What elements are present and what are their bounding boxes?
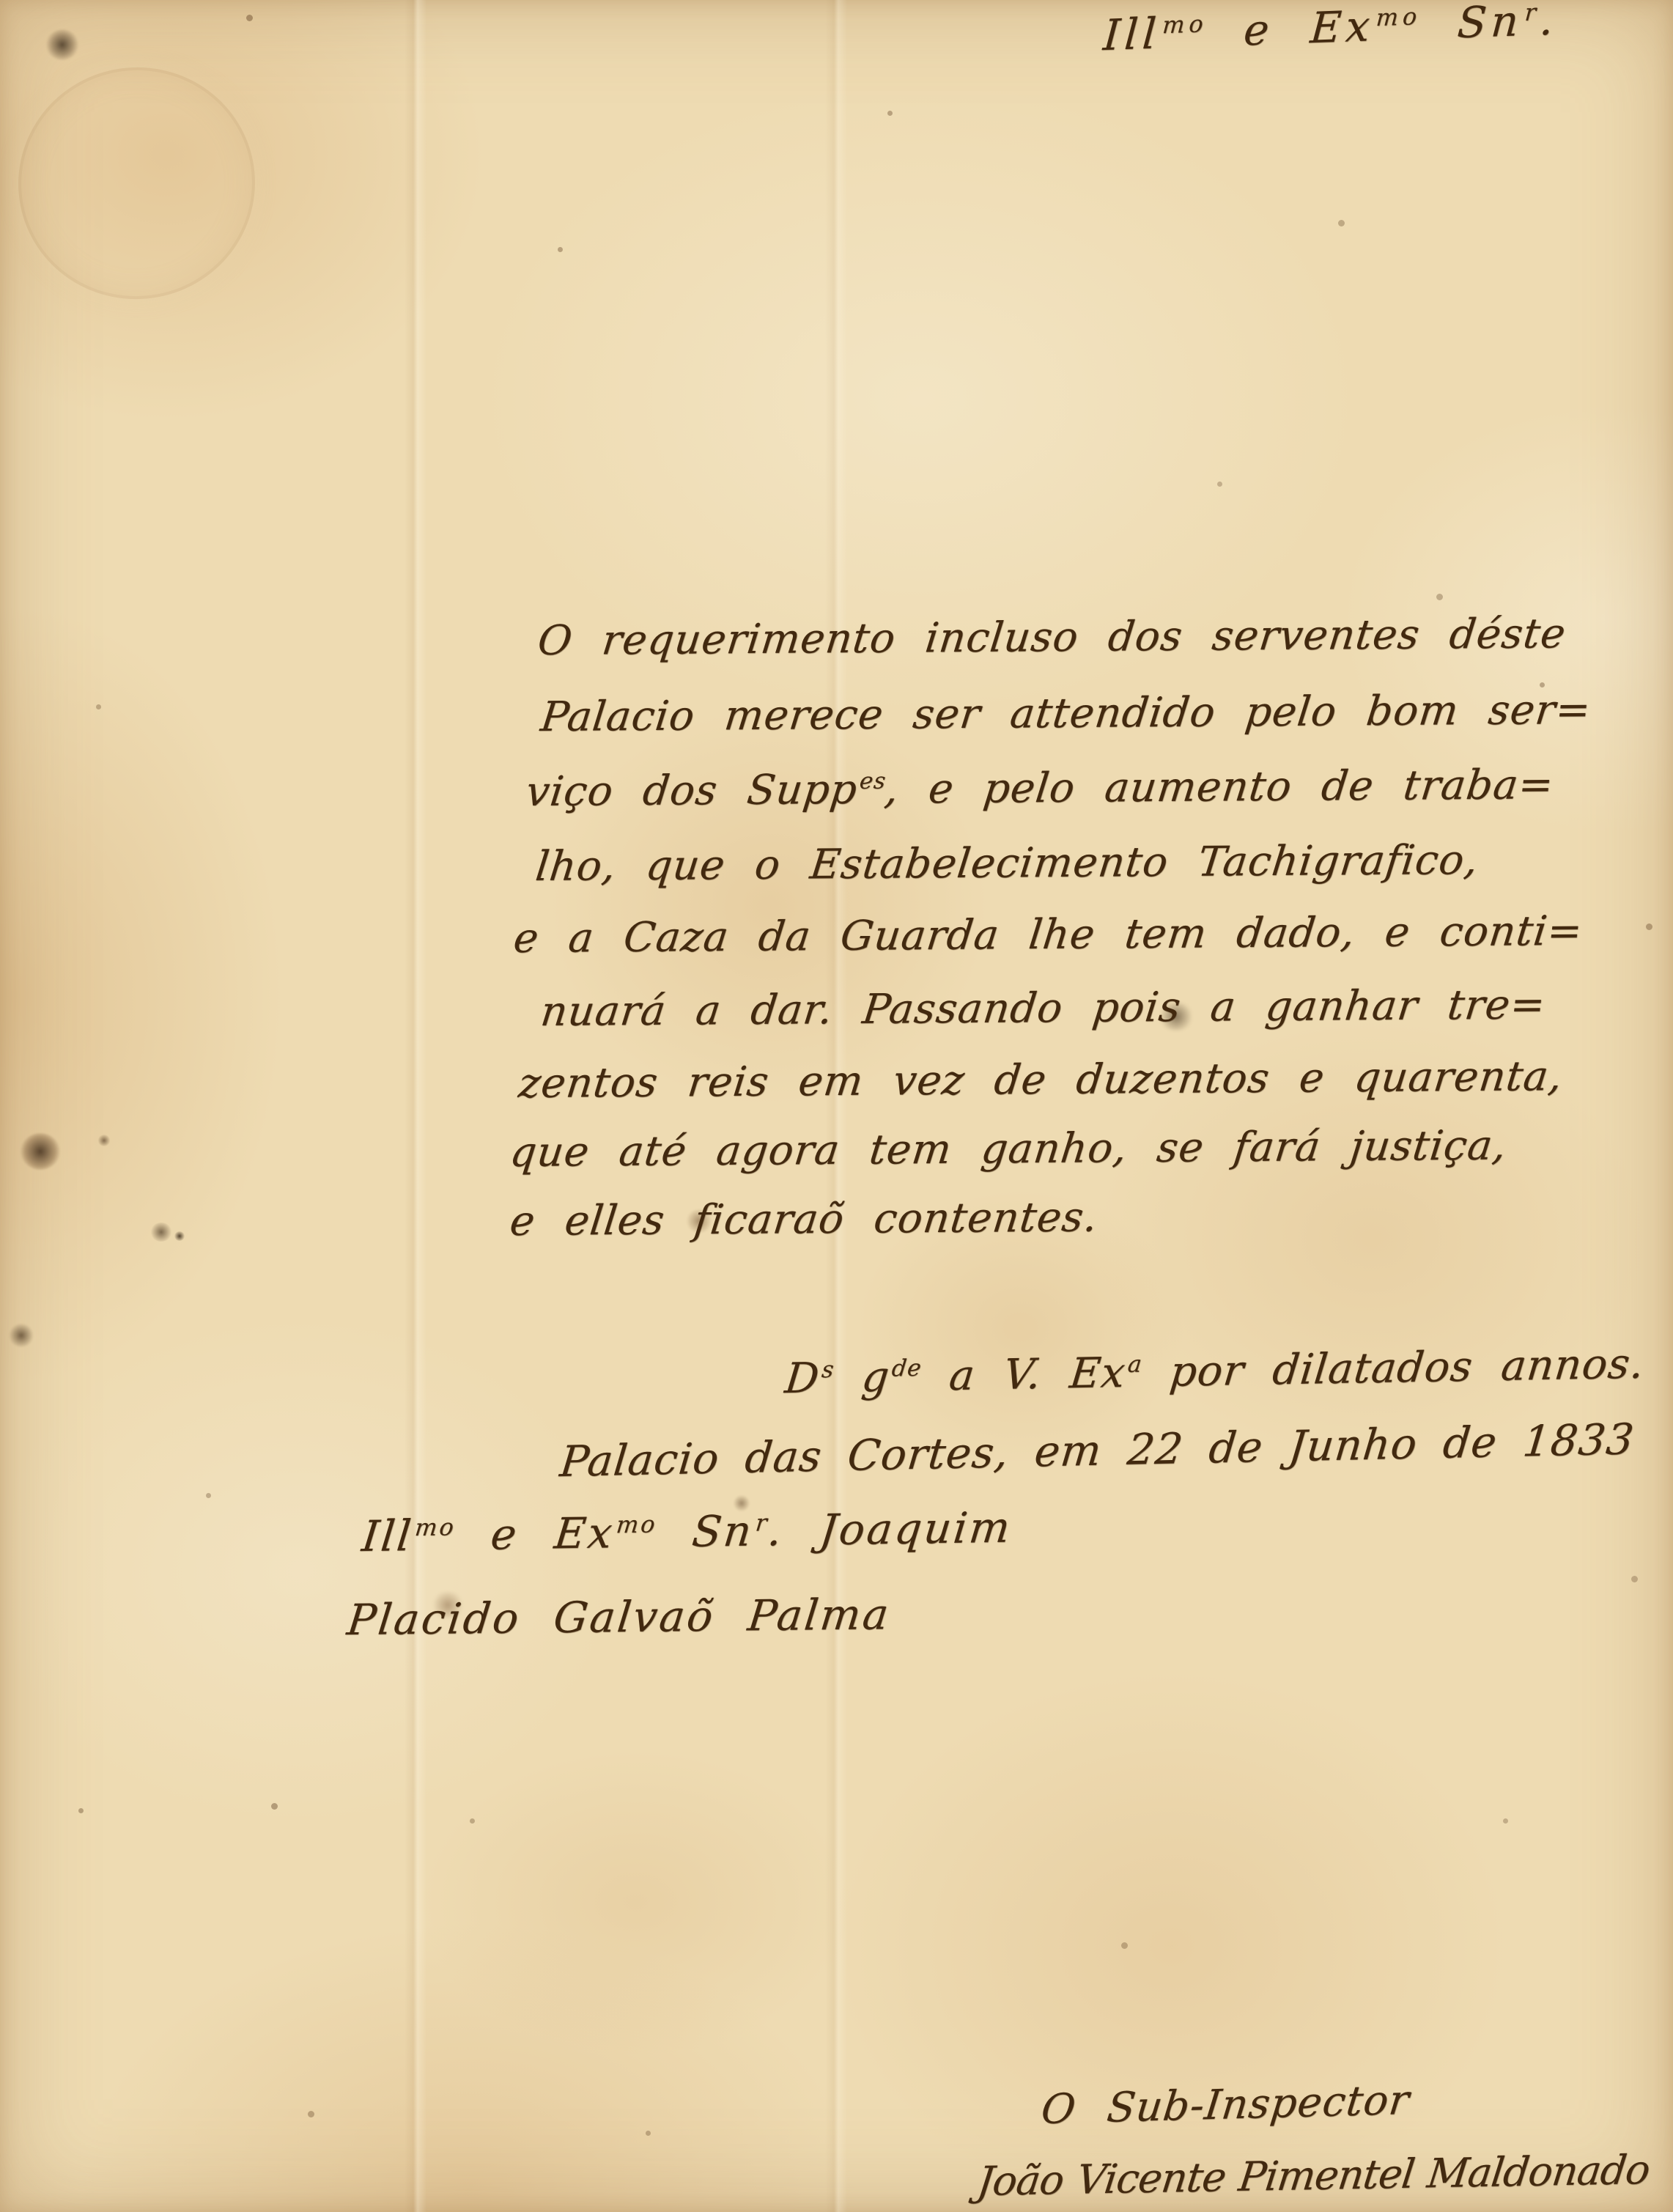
letter-valediction: Ds gde a V. Exa por dilatados annos. <box>783 1340 1647 1404</box>
body-line: que até agora tem ganho, se fará justiça… <box>507 1122 1509 1177</box>
body-line: O requerimento incluso dos serventes dés… <box>535 610 1568 665</box>
letter-salutation: Illmo e Exmo Snr. <box>1101 0 1559 60</box>
body-line: lho, que o Estabelecimento Tachigrafico, <box>533 836 1481 891</box>
signature-name: João Vicente Pimentel Maldonado <box>975 2146 1652 2205</box>
body-line: Palacio merece ser attendido pelo bom se… <box>538 686 1593 741</box>
letter-page: Illmo e Exmo Snr. O requerimento incluso… <box>0 0 1673 2212</box>
letter-addressee-line: Placido Galvaõ Palma <box>344 1589 893 1645</box>
embossed-stamp <box>4 52 270 314</box>
body-line: e elles ficaraõ contentes. <box>507 1193 1100 1245</box>
body-line: nuará a dar. Passando pois a ganhar tre= <box>538 981 1548 1036</box>
ink-speck <box>45 29 79 60</box>
paper-specks <box>0 0 4 4</box>
body-line: viço dos Suppes, e pelo aumento de traba… <box>523 761 1556 816</box>
foxing-stain <box>21 1133 60 1170</box>
foxing-stain <box>150 1223 172 1242</box>
signature-title: O Sub-Inspector <box>1039 2076 1412 2134</box>
body-line: zentos reis em vez de duzentos e quarent… <box>516 1052 1565 1107</box>
letter-dateline: Palacio das Cortes, em 22 de Junho de 18… <box>558 1414 1636 1486</box>
foxing-stain <box>9 1324 34 1347</box>
fold-crease <box>825 0 847 2212</box>
body-line: e a Caza da Guarda lhe tem dado, e conti… <box>511 907 1585 962</box>
fold-crease <box>405 0 426 2212</box>
foxing-stain <box>174 1231 185 1241</box>
letter-addressee-line: Illmo e Exmo Snr. Joaquim <box>360 1503 1015 1561</box>
foxing-stain <box>97 1135 111 1146</box>
